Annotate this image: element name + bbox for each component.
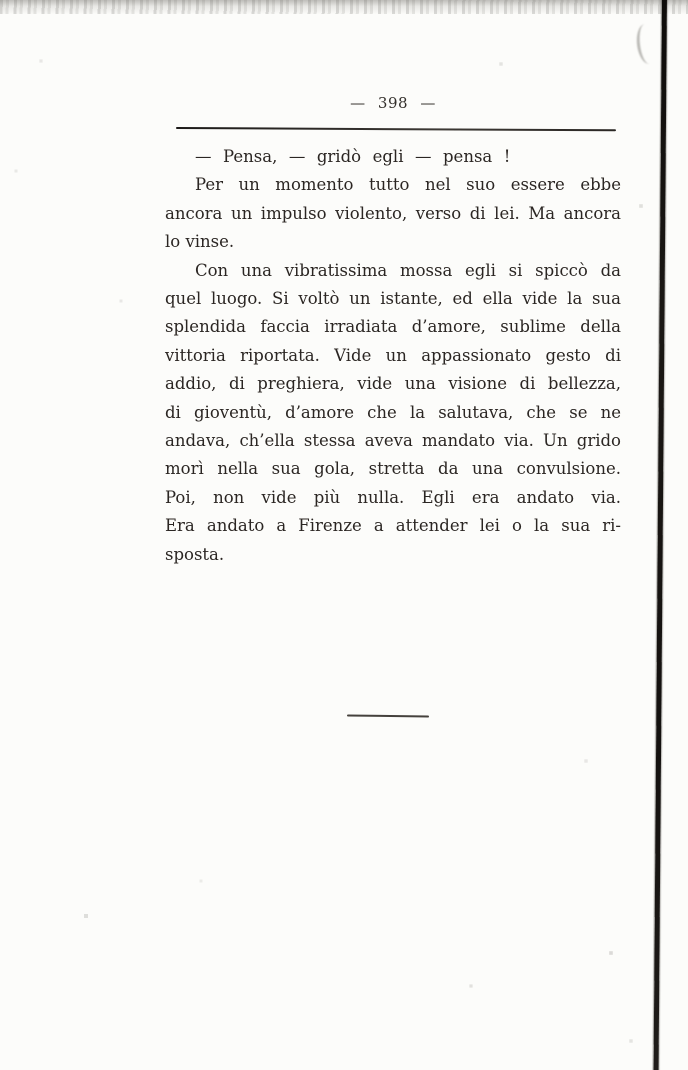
paper-speckles	[0, 0, 2, 2]
text-line: di gioventù, d’amore che la salutava, ch…	[165, 399, 621, 427]
text-line: vittoria riportata. Vide un appassionato…	[165, 342, 621, 370]
text-line: sposta.	[165, 541, 621, 569]
page-number: — 398 —	[165, 94, 621, 112]
text-line: ancora un impulso violento, verso di lei…	[165, 200, 621, 228]
text-line: — Pensa, — gridò egli — pensa !	[165, 143, 621, 171]
text-line: Con una vibratissima mossa egli si spicc…	[165, 257, 621, 285]
scan-noise-band	[0, 0, 688, 14]
text-block: — Pensa, — gridò egli — pensa ! Per un m…	[165, 143, 621, 569]
section-divider	[347, 714, 429, 717]
text-line: lo vinse.	[165, 228, 621, 256]
scan-artifact	[635, 23, 660, 65]
binding-edge-line	[654, 0, 667, 1070]
scanned-book-page: — 398 — — Pensa, — gridò egli — pensa ! …	[0, 0, 688, 1070]
text-line: morì nella sua gola, stretta da una conv…	[165, 455, 621, 483]
text-line: andava, ch’ella stessa aveva mandato via…	[165, 427, 621, 455]
text-line: splendida faccia irradiata d’amore, subl…	[165, 313, 621, 341]
text-line: Per un momento tutto nel suo essere ebbe	[165, 171, 621, 199]
header-rule	[176, 127, 616, 131]
text-line: Era andato a Firenze a attender lei o la…	[165, 512, 621, 540]
text-line: Poi, non vide più nulla. Egli era andato…	[165, 484, 621, 512]
text-line: addio, di preghiera, vide una visione di…	[165, 370, 621, 398]
text-line: quel luogo. Si voltò un istante, ed ella…	[165, 285, 621, 313]
